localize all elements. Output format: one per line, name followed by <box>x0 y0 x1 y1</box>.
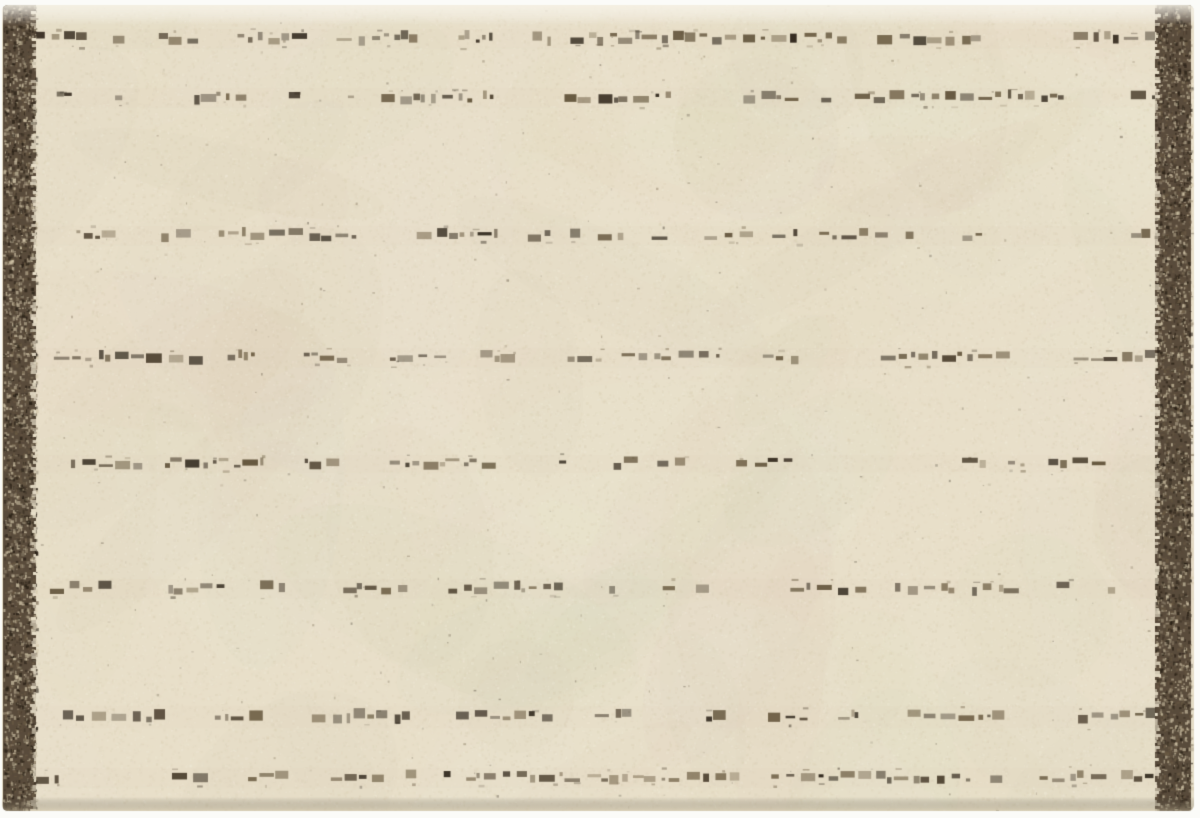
rug-image-canvas <box>0 0 1200 818</box>
rug-product-photo: Handwoven flatweave area rug: cream oatm… <box>0 0 1200 818</box>
